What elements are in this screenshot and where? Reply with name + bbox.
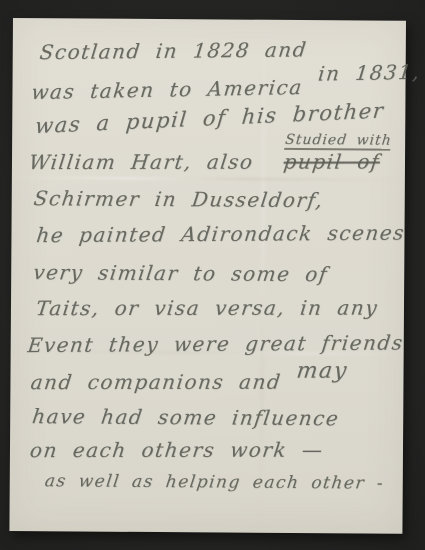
handwritten-line: and companions andmay: [29, 372, 347, 395]
handwritten-line: Taits, or visa versa, in any: [35, 298, 379, 319]
handwritten-line: Schirmer in Dusseldorf,: [33, 188, 325, 210]
handwritten-line: very similar to some of: [32, 262, 329, 284]
handwritten-line: Scotland in 1828 and: [39, 39, 309, 62]
handwritten-line: Event they were great friends: [27, 333, 405, 356]
handwritten-line: William Hart, alsopupil of: [28, 152, 381, 173]
line-text: Taits, or visa versa, in any: [35, 296, 380, 321]
handwritten-line: on each others work —: [29, 440, 325, 460]
handwritten-line: have had some influence: [31, 406, 341, 428]
struck-through-text: pupil of: [282, 150, 381, 174]
line-text: Event they were great friends: [26, 331, 405, 358]
line-text: and companions and: [29, 370, 283, 394]
line-text: he painted Adirondack scenes: [35, 221, 406, 248]
handwritten-line: as well as helping each other -: [44, 473, 386, 492]
line-text: Scotland in 1828 and: [38, 37, 308, 64]
handwritten-line: was taken to Americain 1831,: [30, 75, 420, 102]
line-text: was taken to America: [30, 75, 304, 104]
insertion-note: Studied with: [284, 133, 392, 151]
line-text: on each others work —: [29, 438, 325, 462]
line-text: very similar to some of: [32, 260, 330, 286]
line-text: as well as helping each other -: [44, 471, 386, 493]
paper-crease: [12, 176, 405, 182]
handwritten-line: he painted Adirondack scenes: [35, 223, 406, 246]
inserted-text: may: [295, 361, 349, 383]
line-text: Schirmer in Dusseldorf,: [32, 186, 325, 212]
inserted-text: in 1831,: [317, 62, 421, 84]
photo-background: Scotland in 1828 and was taken to Americ…: [0, 0, 425, 550]
handwritten-letter-paper: Scotland in 1828 and was taken to Americ…: [9, 18, 406, 534]
line-text: have had some influence: [31, 404, 341, 430]
line-text: William Hart, also: [28, 150, 255, 174]
line-text: Studied with: [284, 132, 392, 149]
